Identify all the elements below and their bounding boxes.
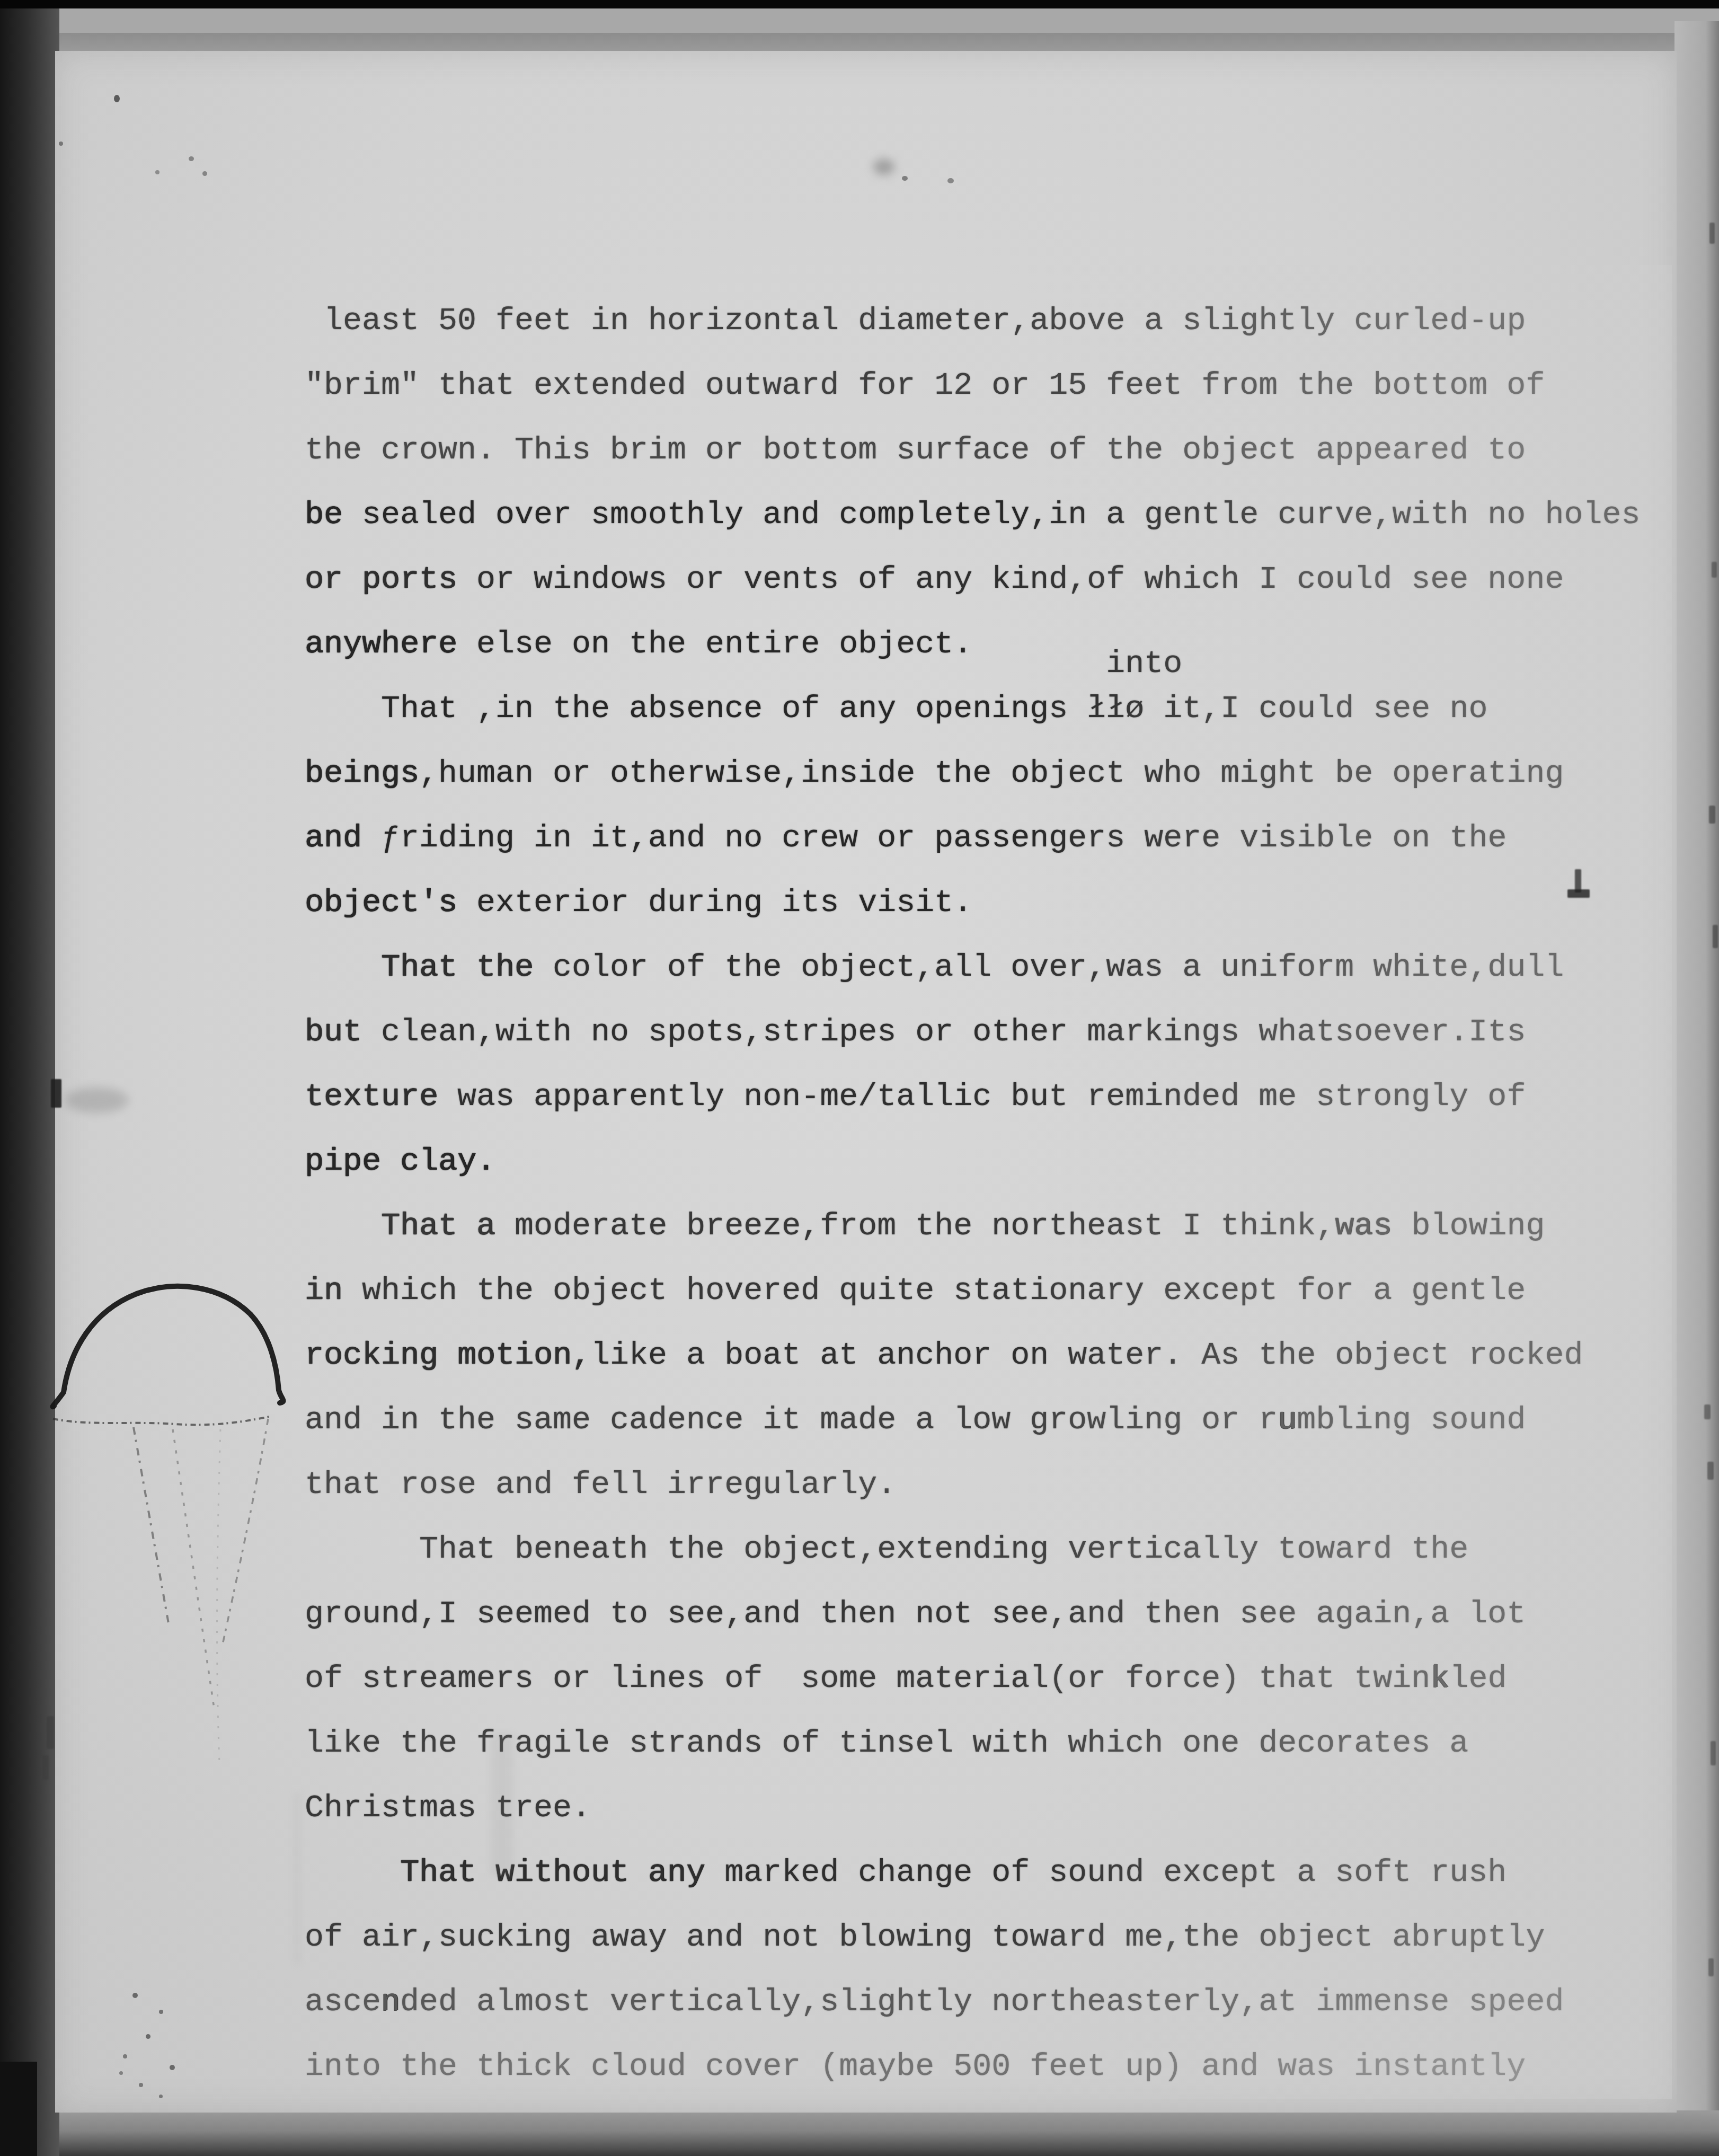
typed-text: of air,sucking away and not blowing towa… (305, 1920, 1545, 1956)
typed-text: least 50 feet in horizontal diameter,abo… (324, 303, 1526, 339)
typed-text: That the (381, 950, 534, 986)
speck-18 (123, 2054, 127, 2058)
typed-line-28: into the thick cloud cover (maybe 500 fe… (305, 2035, 1640, 2099)
typed-text: moderate breeze,from the northeast I thi… (495, 1208, 1335, 1244)
typed-text: That beneath the object,extending vertic… (419, 1532, 1468, 1568)
tick-14 (1575, 869, 1581, 893)
interline-correction: into (1106, 648, 1182, 680)
typed-line-9: and ƒriding in it,and no crew or passeng… (305, 806, 1640, 871)
edge-mark-26 (1713, 925, 1718, 948)
edge-mark-29 (1711, 1741, 1716, 1765)
sketch-streamer-right (223, 1419, 268, 1645)
typed-text: ground,I seemed to see,and then not see,… (305, 1596, 1526, 1632)
speck-7 (902, 176, 908, 181)
typed-line-3: the crown. This brim or bottom surface o… (305, 418, 1640, 483)
typed-text: else on the entire object. (457, 626, 972, 662)
typed-text: That ,in the absence of any openings (381, 691, 1087, 727)
speck-22 (159, 2095, 163, 2098)
typed-line-4: be sealed over smoothly and completely,i… (305, 483, 1640, 547)
typed-text: u (1278, 1402, 1297, 1438)
struck-out-text: łłø (1087, 691, 1144, 727)
typed-line-12: but clean,with no spots,stripes or other… (305, 1000, 1640, 1065)
tick-9 (51, 1079, 61, 1108)
typed-text: marked change of sound except a soft rus… (705, 1855, 1507, 1891)
typed-text: was (1335, 1208, 1392, 1244)
typed-line-19: that rose and fell irregularly. (305, 1453, 1640, 1517)
scan-right-margin (1674, 21, 1719, 2120)
typed-text: pipe clay. (305, 1144, 495, 1180)
edge-mark-27 (1704, 1404, 1711, 1419)
typed-line-21: ground,I seemed to see,and then not see,… (305, 1582, 1640, 1647)
typed-text: and (305, 820, 381, 856)
edge-mark-30 (1708, 1958, 1714, 1976)
scan-bed-top-strip (0, 0, 1719, 8)
smudge-6 (873, 159, 894, 175)
typed-text: it,I could see no (1144, 691, 1487, 727)
typed-line-6: anywhere else on the entire object. (305, 612, 1640, 677)
typed-text: n (381, 1984, 400, 2020)
typed-text: beings (305, 756, 419, 792)
speck-20 (139, 2083, 143, 2087)
typed-text: was apparently non-me/tallic but reminde… (438, 1079, 1526, 1115)
typed-text: in (305, 1273, 343, 1309)
speck-3 (189, 156, 194, 161)
typed-line-7: That ,in the absence of any openings łłø… (305, 677, 1640, 741)
sketch-dome-outline (52, 1286, 283, 1407)
edge-mark-24 (1712, 562, 1717, 578)
typed-text: Christmas tree. (305, 1790, 591, 1826)
speck-8 (947, 178, 954, 183)
sketch-streamer-center (217, 1429, 220, 1762)
typed-text: anywhere (305, 626, 457, 662)
scan-corner-shadow (0, 2062, 37, 2156)
scan-bottom-shadow (32, 2110, 1719, 2156)
typed-text: riding in it,and no crew or passengers w… (400, 820, 1507, 856)
typed-text: exterior during its visit. (457, 885, 972, 921)
typed-text: texture (305, 1079, 438, 1115)
speck-17 (146, 2034, 150, 2039)
sketch-brim-line (53, 1417, 269, 1425)
streak-32 (295, 1791, 300, 1966)
speck-5 (202, 171, 207, 176)
typed-text: like a boat at anchor on water. As the o… (591, 1338, 1583, 1374)
typed-text: rocking motion, (305, 1338, 591, 1374)
typed-text: asce (305, 1984, 381, 2020)
typed-text: sealed over smoothly and completely,in a… (343, 497, 1640, 533)
edge-mark-23 (1709, 223, 1715, 244)
speck-2 (59, 142, 63, 146)
speck-15 (132, 1993, 138, 1998)
typed-line-17: rocking motion,like a boat at anchor on … (305, 1323, 1640, 1388)
edge-mark-28 (1707, 1462, 1714, 1480)
typed-text: like the fragile strands of tinsel with … (305, 1726, 1468, 1762)
typed-text: that rose and fell irregularly. (305, 1467, 896, 1503)
scan-top-margin (0, 8, 1719, 33)
typed-text: ,human or otherwise,inside the object wh… (419, 756, 1564, 792)
typed-line-11: That the color of the object,all over,wa… (305, 935, 1640, 1000)
typed-line-20: That beneath the object,extending vertic… (305, 1517, 1640, 1582)
typed-text: blowing (1392, 1208, 1545, 1244)
typed-text: but (305, 1014, 362, 1050)
typed-line-22: of streamers or lines of some material(o… (305, 1647, 1640, 1711)
typed-line-10: object's exterior during its visit. (305, 871, 1640, 935)
smudge-10 (65, 1088, 128, 1113)
typed-text: and in the same cadence it made a low gr… (305, 1402, 1278, 1438)
speck-1 (114, 95, 120, 102)
typed-line-27: ascended almost vertically,slightly nort… (305, 1970, 1640, 2035)
typed-text: object's (305, 885, 457, 921)
typed-text: led (1449, 1661, 1507, 1697)
sketch-streamer-left2 (173, 1429, 214, 1708)
struck-out-text: ƒ (381, 820, 400, 856)
typed-line-1: least 50 feet in horizontal diameter,abo… (305, 289, 1640, 354)
typed-text: the crown. This brim or bottom surface o… (305, 432, 1526, 469)
speck-4 (155, 170, 160, 174)
typed-text: of streamers or lines of some material(o… (305, 1661, 1430, 1697)
typed-text: color of the object,all over,was a unifo… (534, 950, 1564, 986)
typed-text: That a (381, 1208, 495, 1244)
edge-mark-25 (1709, 806, 1715, 824)
typed-text: "brim" that extended outward for 12 or 1… (305, 368, 1545, 404)
typed-line-13: texture was apparently non-me/tallic but… (305, 1065, 1640, 1129)
sketch-streamer-left (134, 1427, 169, 1623)
typed-text: That without any (400, 1855, 705, 1891)
speck-19 (170, 2065, 175, 2070)
speck-16 (159, 2010, 163, 2014)
scanned-page: least 50 feet in horizontal diameter,abo… (0, 0, 1719, 2156)
typed-text: be (305, 497, 343, 533)
typed-text: or windows or vents of any kind,of which… (457, 562, 1564, 598)
typed-text: k (1430, 1661, 1449, 1697)
edge-mark-12 (42, 1755, 49, 1780)
streak-31 (490, 1733, 513, 1876)
typed-text: clean,with no spots,stripes or other mar… (362, 1014, 1526, 1050)
edge-mark-11 (47, 1716, 54, 1749)
typed-text: or ports (305, 562, 457, 598)
typed-line-18: and in the same cadence it made a low gr… (305, 1388, 1640, 1453)
typed-line-2: "brim" that extended outward for 12 or 1… (305, 354, 1640, 418)
ufo-object-sketch (42, 1269, 339, 1799)
typed-text: mbling sound (1297, 1402, 1526, 1438)
typed-text: ded almost vertically,slightly northeast… (400, 1984, 1564, 2020)
typed-line-26: of air,sucking away and not blowing towa… (305, 1905, 1640, 1970)
typed-line-8: beings,human or otherwise,inside the obj… (305, 741, 1640, 806)
typed-text: which the object hovered quite stationar… (343, 1273, 1526, 1309)
speck-21 (119, 2071, 123, 2075)
typed-line-15: That a moderate breeze,from the northeas… (305, 1194, 1640, 1259)
typed-line-14: pipe clay. (305, 1129, 1640, 1194)
typed-line-5: or ports or windows or vents of any kind… (305, 547, 1640, 612)
typed-text: into the thick cloud cover (maybe 500 fe… (305, 2049, 1526, 2085)
typed-line-16: in which the object hovered quite statio… (305, 1259, 1640, 1323)
